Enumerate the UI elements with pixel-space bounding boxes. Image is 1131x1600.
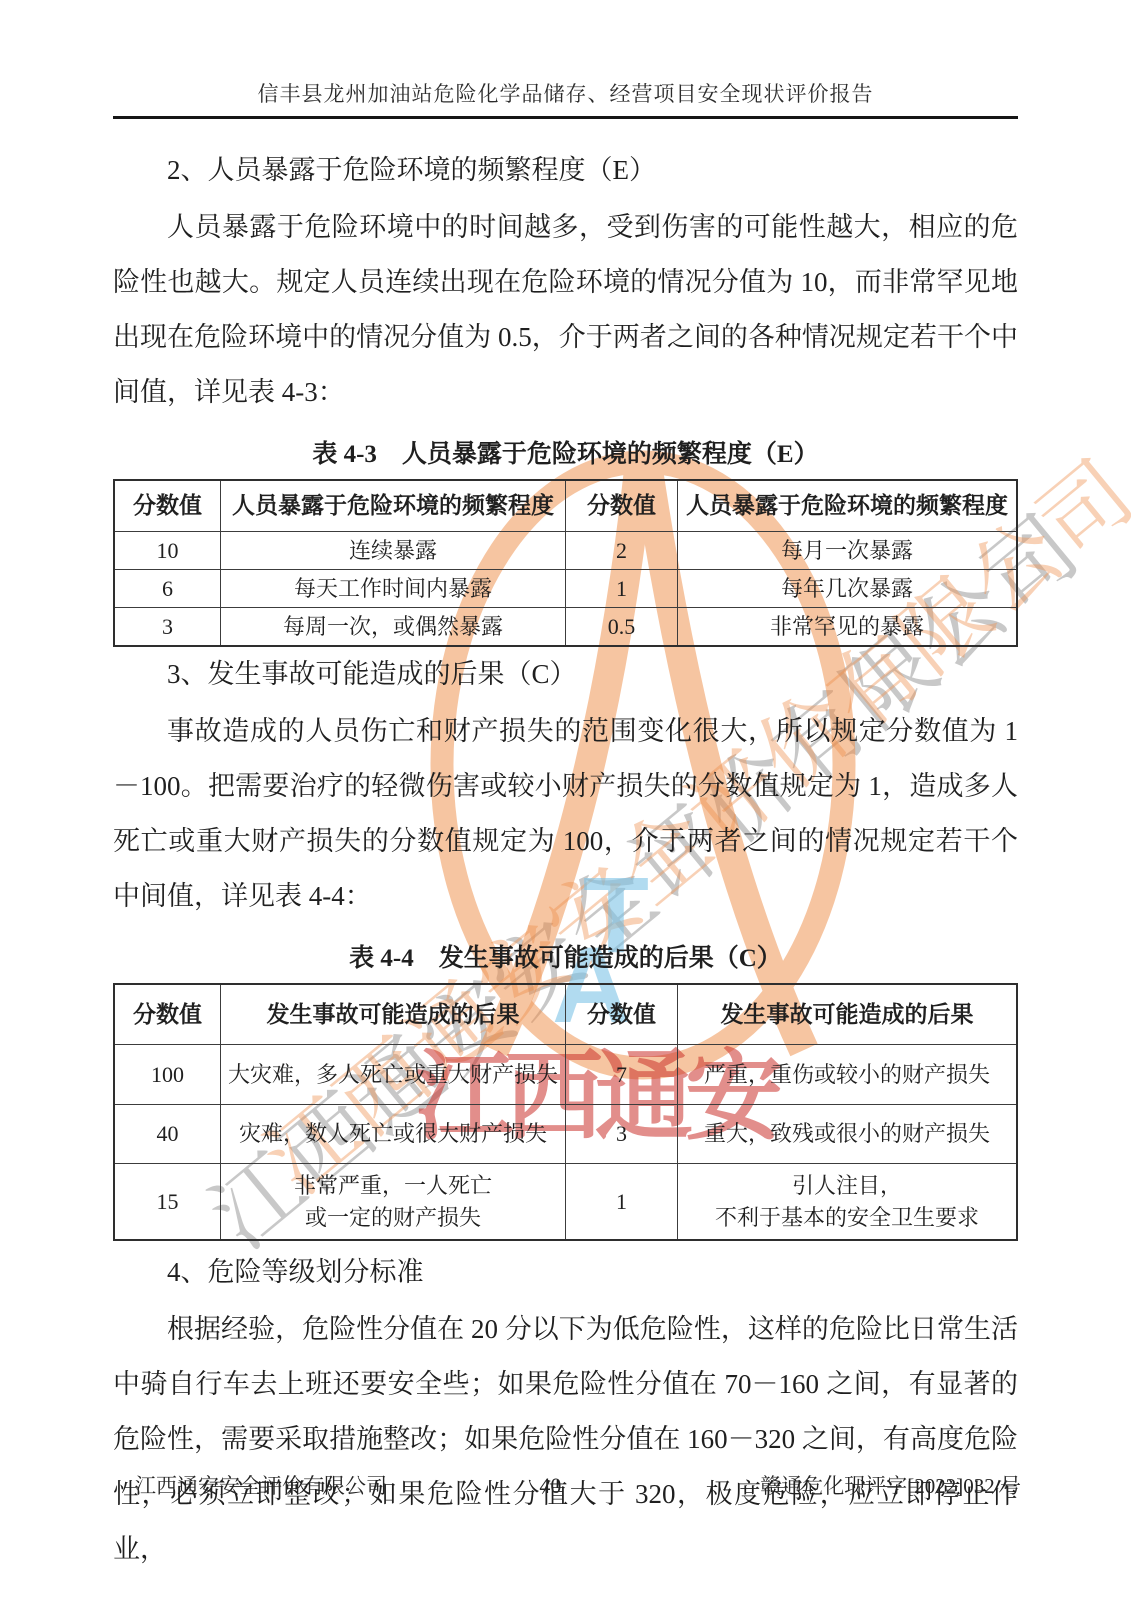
table-header-cell: 分数值 <box>114 984 221 1045</box>
footer-company: 江西通安安全评价有限公司 <box>135 1470 412 1500</box>
table-cell: 100 <box>114 1045 221 1105</box>
table-header-cell: 分数值 <box>565 480 677 532</box>
table-cell: 非常罕见的暴露 <box>677 608 1017 647</box>
table-header-cell: 分数值 <box>114 480 221 532</box>
table-cell: 1 <box>565 570 677 608</box>
table-row: 40 灾难，数人死亡或很大财产损失 3 重大，致残或很小的财产损失 <box>114 1105 1017 1164</box>
table-row: 15 非常严重，一人死亡 或一定的财产损失 1 引人注目， 不利于基本的安全卫生… <box>114 1164 1017 1241</box>
table-cell: 0.5 <box>565 608 677 647</box>
table-header-cell: 发生事故可能造成的后果 <box>677 984 1017 1045</box>
table-row: 100 大灾难，多人死亡或重大财产损失 7 严重，重伤或较小的财产损失 <box>114 1045 1017 1105</box>
table-row: 分数值 发生事故可能造成的后果 分数值 发生事故可能造成的后果 <box>114 984 1017 1045</box>
table-cell: 重大，致残或很小的财产损失 <box>677 1105 1017 1164</box>
table-cell: 每天工作时间内暴露 <box>221 570 566 608</box>
table-header-cell: 人员暴露于危险环境的频繁程度 <box>677 480 1017 532</box>
section-4-paragraph: 根据经验，危险性分值在 20 分以下为低危险性，这样的危险比日常生活中骑自行车去… <box>113 1302 1018 1577</box>
table-cell: 每周一次，或偶然暴露 <box>221 608 566 647</box>
table-cell: 1 <box>565 1164 677 1241</box>
document-content: 信丰县龙州加油站危险化学品储存、经营项目安全现状评价报告 2、人员暴露于危险环境… <box>0 0 1131 1577</box>
table-cell: 3 <box>114 608 221 647</box>
table-4-3: 分数值 人员暴露于危险环境的频繁程度 分数值 人员暴露于危险环境的频繁程度 10… <box>113 479 1018 647</box>
table-cell: 40 <box>114 1105 221 1164</box>
section-2-paragraph: 人员暴露于危险环境中的时间越多，受到伤害的可能性越大，相应的危险性也越大。规定人… <box>113 200 1018 420</box>
table-cell: 连续暴露 <box>221 532 566 570</box>
table-header-cell: 人员暴露于危险环境的频繁程度 <box>221 480 566 532</box>
page-footer: 江西通安安全评价有限公司 40 赣通危化现评字[2022]032 号 <box>135 1470 1021 1500</box>
footer-doc-number: 赣通危化现评字[2022]032 号 <box>689 1470 1021 1500</box>
table-cell: 2 <box>565 532 677 570</box>
table-cell: 15 <box>114 1164 221 1241</box>
table-cell: 6 <box>114 570 221 608</box>
table-row: 3 每周一次，或偶然暴露 0.5 非常罕见的暴露 <box>114 608 1017 647</box>
table-cell: 10 <box>114 532 221 570</box>
table-cell: 严重，重伤或较小的财产损失 <box>677 1045 1017 1105</box>
table-row: 6 每天工作时间内暴露 1 每年几次暴露 <box>114 570 1017 608</box>
section-heading-4: 4、危险等级划分标准 <box>113 1255 1018 1289</box>
table-4-3-title: 表 4-3 人员暴露于危险环境的频繁程度（E） <box>113 434 1018 470</box>
table-header-cell: 发生事故可能造成的后果 <box>221 984 566 1045</box>
section-heading-3: 3、发生事故可能造成的后果（C） <box>113 657 1018 691</box>
section-heading-2: 2、人员暴露于危险环境的频繁程度（E） <box>113 153 1018 187</box>
header-divider <box>113 116 1018 119</box>
table-cell: 每月一次暴露 <box>677 532 1017 570</box>
section-3-paragraph: 事故造成的人员伤亡和财产损失的范围变化很大，所以规定分数值为 1－100。把需要… <box>113 704 1018 924</box>
page-header-title: 信丰县龙州加油站危险化学品储存、经营项目安全现状评价报告 <box>113 0 1018 108</box>
table-cell: 每年几次暴露 <box>677 570 1017 608</box>
table-header-cell: 分数值 <box>565 984 677 1045</box>
table-4-4-title: 表 4-4 发生事故可能造成的后果（C） <box>113 938 1018 974</box>
table-row: 10 连续暴露 2 每月一次暴露 <box>114 532 1017 570</box>
table-cell: 灾难，数人死亡或很大财产损失 <box>221 1105 566 1164</box>
table-4-4: 分数值 发生事故可能造成的后果 分数值 发生事故可能造成的后果 100 大灾难，… <box>113 983 1018 1241</box>
table-cell: 非常严重，一人死亡 或一定的财产损失 <box>221 1164 566 1241</box>
table-row: 分数值 人员暴露于危险环境的频繁程度 分数值 人员暴露于危险环境的频繁程度 <box>114 480 1017 532</box>
table-cell: 3 <box>565 1105 677 1164</box>
report-page: 江西通安安全评价有限公司 江西通安安全评价有限公司 T A 江西通安 信丰县龙州… <box>0 0 1131 1600</box>
page-number: 40 <box>412 1473 689 1499</box>
table-cell: 引人注目， 不利于基本的安全卫生要求 <box>677 1164 1017 1241</box>
table-cell: 大灾难，多人死亡或重大财产损失 <box>221 1045 566 1105</box>
table-cell: 7 <box>565 1045 677 1105</box>
